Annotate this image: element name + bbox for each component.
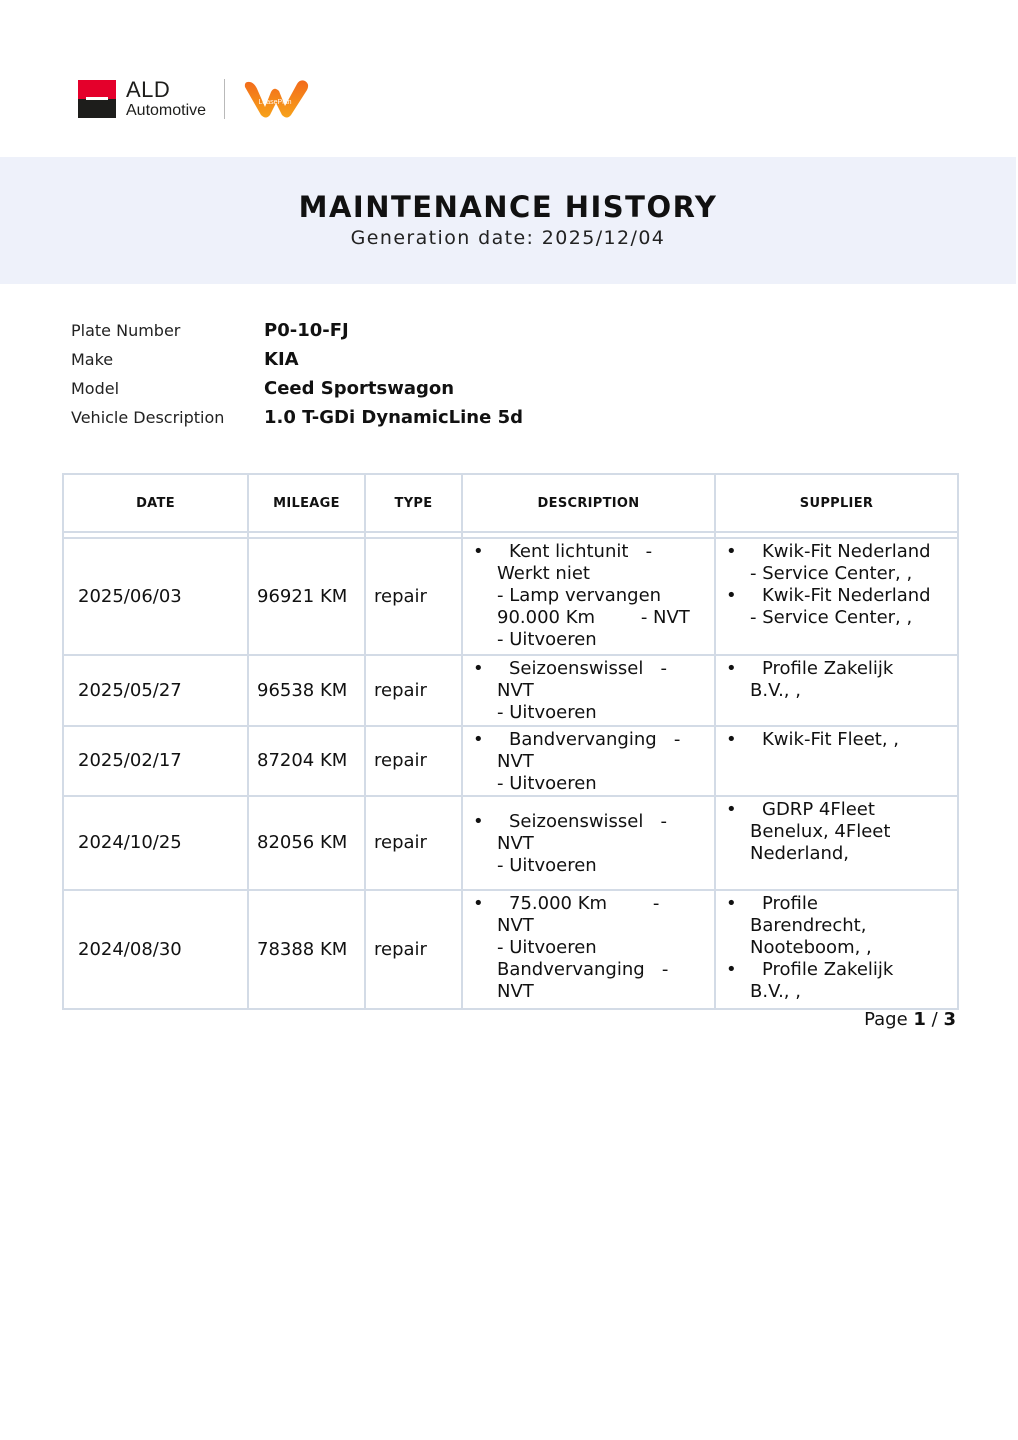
type-cell: repair	[365, 726, 462, 796]
vehicle-info: Plate Number P0-10-FJ Make KIA Model Cee…	[71, 316, 523, 432]
title-banner: MAINTENANCE HISTORY Generation date: 202…	[0, 157, 1016, 284]
table-row: 2024/10/2582056 KMrepairSeizoenswissel -…	[63, 796, 958, 890]
date-cell: 2025/05/27	[63, 655, 248, 726]
vehicle-description-value: 1.0 T-GDi DynamicLine 5d	[264, 407, 523, 428]
description-list-item: 75.000 Km -NVT - Uitvoeren Bandvervangin…	[471, 893, 708, 1003]
vehicle-description-label: Vehicle Description	[71, 408, 264, 427]
date-cell: 2024/08/30	[63, 890, 248, 1009]
table-row: 2025/02/1787204 KMrepairBandvervanging -…	[63, 726, 958, 796]
description-item-first-line: Kent lichtunit -	[503, 541, 652, 562]
model-label: Model	[71, 379, 264, 398]
supplier-list-item: Profile ZakelijkB.V., ,	[724, 959, 951, 1003]
table-row: 2024/08/3078388 KMrepair75.000 Km -NVT -…	[63, 890, 958, 1009]
description-item-first-line: Bandvervanging -	[503, 729, 680, 750]
column-header-description: DESCRIPTION	[462, 474, 715, 532]
date-cell: 2025/02/17	[63, 726, 248, 796]
description-list: 75.000 Km -NVT - Uitvoeren Bandvervangin…	[471, 893, 708, 1003]
description-item-first-line: 75.000 Km -	[503, 893, 659, 914]
description-item-continuation: NVT - Uitvoeren	[497, 751, 708, 795]
description-item-continuation: NVT - Uitvoeren	[497, 680, 708, 724]
plate-number-value: P0-10-FJ	[264, 320, 349, 341]
supplier-list-item: GDRP 4FleetBenelux, 4Fleet Nederland,	[724, 799, 951, 865]
type-cell: repair	[365, 796, 462, 890]
pagination: Page 1 / 3	[864, 1009, 956, 1030]
vehicle-info-row: Vehicle Description 1.0 T-GDi DynamicLin…	[71, 403, 523, 432]
description-list: Seizoenswissel -NVT - Uitvoeren	[471, 658, 708, 724]
description-list: Kent lichtunit -Werkt niet - Lamp vervan…	[471, 541, 708, 651]
model-value: Ceed Sportswagon	[264, 378, 454, 399]
automotive-text: Automotive	[126, 103, 206, 119]
supplier-cell: GDRP 4FleetBenelux, 4Fleet Nederland,	[715, 796, 958, 890]
supplier-list: Kwik-Fit Nederland- Service Center, ,Kwi…	[724, 541, 951, 629]
vehicle-info-row: Make KIA	[71, 345, 523, 374]
supplier-list: Kwik-Fit Fleet, ,	[724, 729, 951, 751]
column-header-mileage: MILEAGE	[248, 474, 365, 532]
description-list-item: Seizoenswissel -NVT - Uitvoeren	[471, 658, 708, 724]
supplier-item-first-line: Profile Zakelijk	[756, 658, 893, 679]
supplier-item-continuation: B.V., ,	[750, 981, 951, 1003]
supplier-item-first-line: Kwik-Fit Nederland	[756, 585, 931, 606]
description-item-continuation: Werkt niet - Lamp vervangen 90.000 Km - …	[497, 563, 708, 651]
make-value: KIA	[264, 349, 299, 370]
header-logos: ALD Automotive LeasePlan	[78, 78, 313, 120]
supplier-item-continuation: Barendrecht, Nooteboom, ,	[750, 915, 951, 959]
current-page: 1	[913, 1009, 926, 1030]
page-separator: /	[932, 1009, 938, 1030]
description-list-item: Kent lichtunit -Werkt niet - Lamp vervan…	[471, 541, 708, 651]
ald-logo-icon	[78, 80, 116, 118]
description-cell: Seizoenswissel -NVT - Uitvoeren	[462, 796, 715, 890]
plate-number-label: Plate Number	[71, 321, 264, 340]
supplier-item-first-line: Profile Zakelijk	[756, 959, 893, 980]
supplier-item-first-line: Kwik-Fit Fleet, ,	[756, 729, 899, 750]
type-cell: repair	[365, 890, 462, 1009]
description-item-first-line: Seizoenswissel -	[503, 811, 667, 832]
supplier-list-item: Kwik-Fit Nederland- Service Center, ,	[724, 541, 951, 585]
supplier-list-item: ProfileBarendrecht, Nooteboom, ,	[724, 893, 951, 959]
description-cell: Kent lichtunit -Werkt niet - Lamp vervan…	[462, 538, 715, 655]
supplier-cell: Kwik-Fit Fleet, ,	[715, 726, 958, 796]
supplier-list: Profile ZakelijkB.V., ,	[724, 658, 951, 702]
vehicle-info-row: Plate Number P0-10-FJ	[71, 316, 523, 345]
description-list-item: Bandvervanging -NVT - Uitvoeren	[471, 729, 708, 795]
mileage-cell: 82056 KM	[248, 796, 365, 890]
table-row: 2025/06/0396921 KMrepairKent lichtunit -…	[63, 538, 958, 655]
mileage-cell: 87204 KM	[248, 726, 365, 796]
supplier-list-item: Kwik-Fit Nederland- Service Center, ,	[724, 585, 951, 629]
description-cell: Seizoenswissel -NVT - Uitvoeren	[462, 655, 715, 726]
supplier-cell: Profile ZakelijkB.V., ,	[715, 655, 958, 726]
column-header-supplier: SUPPLIER	[715, 474, 958, 532]
supplier-cell: ProfileBarendrecht, Nooteboom, ,Profile …	[715, 890, 958, 1009]
supplier-item-continuation: Benelux, 4Fleet Nederland,	[750, 821, 951, 865]
vehicle-info-row: Model Ceed Sportswagon	[71, 374, 523, 403]
description-item-continuation: NVT - Uitvoeren Bandvervanging - NVT	[497, 915, 708, 1003]
ald-text: ALD	[126, 79, 206, 101]
description-list: Seizoenswissel -NVT - Uitvoeren	[471, 811, 708, 877]
supplier-item-continuation: - Service Center, ,	[750, 563, 951, 585]
total-pages: 3	[943, 1009, 956, 1030]
supplier-list: ProfileBarendrecht, Nooteboom, ,Profile …	[724, 893, 951, 1003]
supplier-list-item: Profile ZakelijkB.V., ,	[724, 658, 951, 702]
supplier-item-first-line: Kwik-Fit Nederland	[756, 541, 931, 562]
supplier-item-first-line: GDRP 4Fleet	[756, 799, 875, 820]
supplier-list-item: Kwik-Fit Fleet, ,	[724, 729, 951, 751]
supplier-item-first-line: Profile	[756, 893, 818, 914]
supplier-item-continuation: - Service Center, ,	[750, 607, 951, 629]
mileage-cell: 96538 KM	[248, 655, 365, 726]
supplier-item-continuation: B.V., ,	[750, 680, 951, 702]
description-item-continuation: NVT - Uitvoeren	[497, 833, 708, 877]
column-header-type: TYPE	[365, 474, 462, 532]
maintenance-table: DATE MILEAGE TYPE DESCRIPTION SUPPLIER 2…	[62, 473, 959, 1010]
description-list-item: Seizoenswissel -NVT - Uitvoeren	[471, 811, 708, 877]
leaseplan-logo-icon: LeasePlan	[241, 77, 313, 121]
table-row: 2025/05/2796538 KMrepairSeizoenswissel -…	[63, 655, 958, 726]
mileage-cell: 78388 KM	[248, 890, 365, 1009]
column-header-date: DATE	[63, 474, 248, 532]
supplier-list: GDRP 4FleetBenelux, 4Fleet Nederland,	[724, 799, 951, 865]
maintenance-table-container: DATE MILEAGE TYPE DESCRIPTION SUPPLIER 2…	[62, 473, 957, 1010]
mileage-cell: 96921 KM	[248, 538, 365, 655]
generation-date: Generation date: 2025/12/04	[0, 227, 1016, 249]
make-label: Make	[71, 350, 264, 369]
description-cell: 75.000 Km -NVT - Uitvoeren Bandvervangin…	[462, 890, 715, 1009]
type-cell: repair	[365, 655, 462, 726]
date-cell: 2024/10/25	[63, 796, 248, 890]
supplier-cell: Kwik-Fit Nederland- Service Center, ,Kwi…	[715, 538, 958, 655]
type-cell: repair	[365, 538, 462, 655]
description-item-first-line: Seizoenswissel -	[503, 658, 667, 679]
description-list: Bandvervanging -NVT - Uitvoeren	[471, 729, 708, 795]
leaseplan-text: LeasePlan	[259, 99, 292, 106]
page-title: MAINTENANCE HISTORY	[0, 190, 1016, 224]
ald-automotive-wordmark: ALD Automotive	[126, 79, 206, 119]
page-prefix: Page	[864, 1009, 908, 1030]
table-header-row: DATE MILEAGE TYPE DESCRIPTION SUPPLIER	[63, 474, 958, 532]
date-cell: 2025/06/03	[63, 538, 248, 655]
table-body: 2025/06/0396921 KMrepairKent lichtunit -…	[63, 532, 958, 1009]
logo-divider	[224, 79, 225, 119]
description-cell: Bandvervanging -NVT - Uitvoeren	[462, 726, 715, 796]
